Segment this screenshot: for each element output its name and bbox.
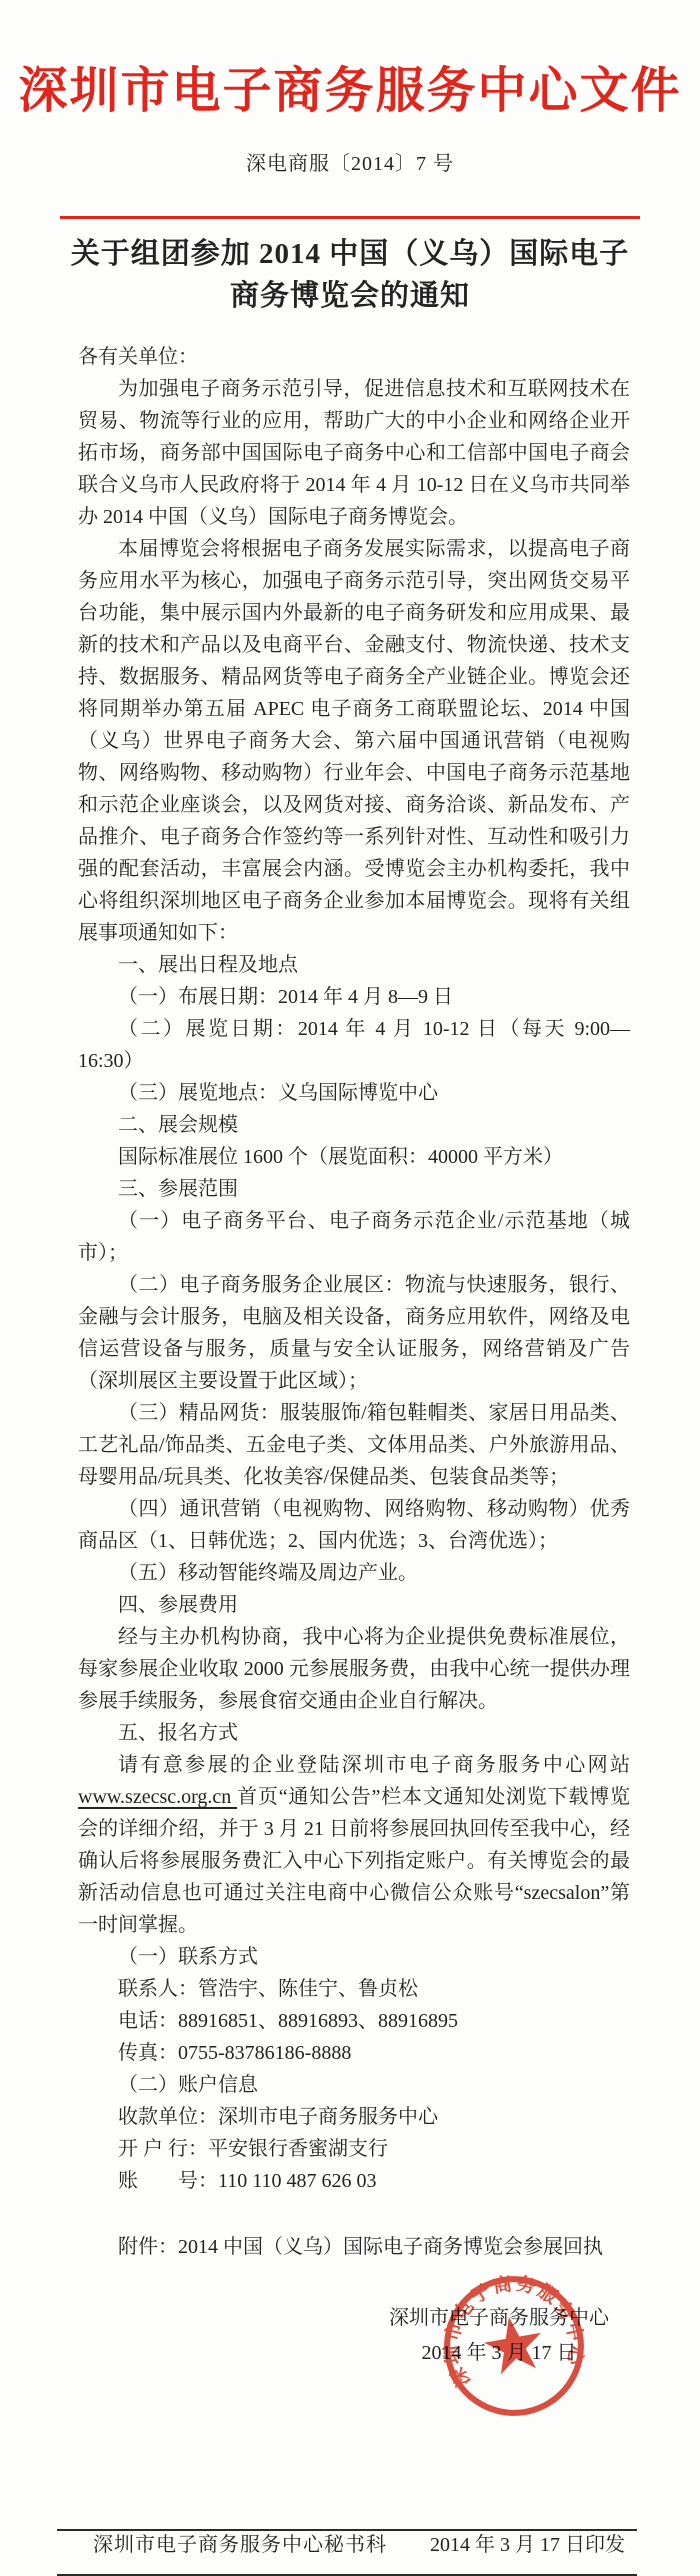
footer-print-date: 2014 年 3 月 17 日印发 [430,2531,637,2559]
body-paragraph: （五）移动智能终端及周边产业。 [78,1557,630,1589]
body-paragraph: 传真：0755-83786186-8888 [78,2037,630,2069]
body-paragraph: 请有意参展的企业登陆深圳市电子商务服务中心网站www.szecsc.org.cn… [78,1749,630,1941]
body-paragraph: 收款单位：深圳市电子商务服务中心 [78,2101,630,2133]
body-paragraph: 五、报名方式 [78,1717,630,1749]
body-paragraph: 电话：88916851、88916893、88916895 [78,2005,630,2037]
seal-star-icon [480,2312,546,2376]
body-paragraph: （一）联系方式 [78,1941,630,1973]
doc-number: 深电商服〔2014〕7 号 [0,150,700,178]
document-title: 关于组团参加 2014 中国（义乌）国际电子 商务博览会的通知 [0,233,700,317]
document-title-line1: 关于组团参加 2014 中国（义乌）国际电子 [0,233,700,275]
body-paragraph: 三、参展范围 [78,1173,630,1205]
document-page: 深圳市电子商务服务中心文件 深电商服〔2014〕7 号 关于组团参加 2014 … [0,0,700,2576]
body-paragraph: 二、展会规模 [78,1109,630,1141]
body-paragraph: （一）布展日期：2014 年 4 月 8—9 日 [78,981,630,1013]
official-seal: 深圳市电子商务服务中心 [438,2270,590,2422]
footer: 深圳市电子商务服务中心秘书科 2014 年 3 月 17 日印发 [57,2531,637,2559]
body-paragraph: （三）精品网货：服装服饰/箱包鞋帽类、家居日用品类、工艺礼品/饰品类、五金电子类… [78,1397,630,1493]
body-paragraph: 附件：2014 中国（义乌）国际电子商务博览会参展回执 [78,2231,630,2263]
body-paragraph: （二）展览日期：2014 年 4 月 10-12 日（每天 9:00—16:30… [78,1013,630,1077]
red-divider-rule [60,216,640,219]
body-paragraph: 经与主办机构协商，我中心将为企业提供免费标准展位，每家参展企业收取 2000 元… [78,1621,630,1717]
body-paragraph: 各有关单位： [78,341,630,373]
body-paragraph: 账 号：110 110 487 626 03 [78,2165,630,2197]
body-paragraph: 开 户 行：平安银行香蜜湖支行 [78,2133,630,2165]
body-paragraph: （三）展览地点：义乌国际博览中心 [78,1077,630,1109]
body-paragraph: 国际标准展位 1600 个（展览面积：40000 平方米） [78,1141,630,1173]
letterhead: 深圳市电子商务服务中心文件 深电商服〔2014〕7 号 [0,0,700,219]
body-paragraph: （二）电子商务服务企业展区：物流与快速服务，银行、金融与会计服务，电脑及相关设备… [78,1269,630,1397]
letterhead-org-title: 深圳市电子商务服务中心文件 [0,60,700,122]
body-paragraph: （四）通讯营销（电视购物、网络购物、移动购物）优秀商品区（1、日韩优选；2、国内… [78,1493,630,1557]
body-paragraph: （一）电子商务平台、电子商务示范企业/示范基地（城市）； [78,1205,630,1269]
body-paragraph: 联系人：管浩宇、陈佳宁、鲁贞松 [78,1973,630,2005]
footer-issuer: 深圳市电子商务服务中心秘书科 [57,2531,387,2559]
body-paragraph: 为加强电子商务示范引导，促进信息技术和互联网技术在贸易、物流等行业的应用，帮助广… [78,373,630,533]
body-paragraph: 本届博览会将根据电子商务发展实际需求，以提高电子商务应用水平为核心，加强电子商务… [78,533,630,949]
body-paragraph: 四、参展费用 [78,1589,630,1621]
body-paragraph: 一、展出日程及地点 [78,949,630,981]
document-title-line2: 商务博览会的通知 [0,275,700,317]
body-paragraph: （二）账户信息 [78,2069,630,2101]
document-body: 各有关单位：为加强电子商务示范引导，促进信息技术和互联网技术在贸易、物流等行业的… [0,341,700,2263]
